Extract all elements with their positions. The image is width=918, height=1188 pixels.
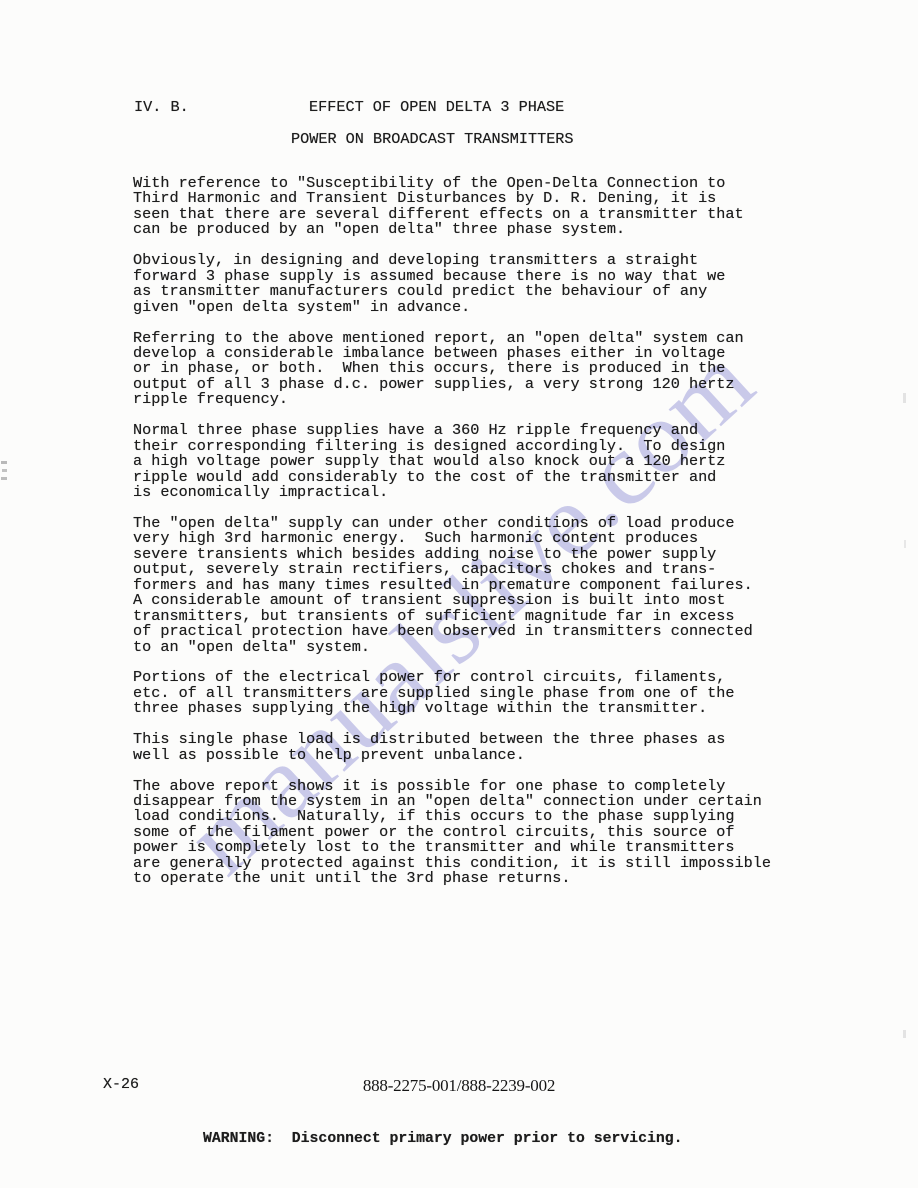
paragraph: The above report shows it is possible fo…: [133, 779, 833, 887]
scan-artifact: [903, 1030, 906, 1038]
document-number: 888-2275-001/888-2239-002: [0, 1076, 918, 1096]
paragraph: Obviously, in designing and developing t…: [133, 253, 833, 315]
paragraph: Portions of the electrical power for con…: [133, 670, 833, 716]
scan-artifact: [903, 393, 906, 403]
scan-artifact: [904, 540, 906, 548]
page-subtitle: POWER ON BROADCAST TRANSMITTERS: [291, 132, 574, 147]
document-body: With reference to "Susceptibility of the…: [133, 176, 833, 902]
scan-artifact: [1, 477, 7, 480]
warning-text: WARNING: Disconnect primary power prior …: [203, 1132, 683, 1147]
paragraph: The "open delta" supply can under other …: [133, 516, 833, 655]
paragraph: Normal three phase supplies have a 360 H…: [133, 423, 833, 500]
section-label: IV. B.: [134, 100, 189, 115]
paragraph: This single phase load is distributed be…: [133, 732, 833, 763]
scanned-manual-page: IV. B. EFFECT OF OPEN DELTA 3 PHASE POWE…: [0, 0, 918, 1188]
paragraph: With reference to "Susceptibility of the…: [133, 176, 833, 238]
scan-artifact: [1, 461, 7, 464]
paragraph: Referring to the above mentioned report,…: [133, 331, 833, 408]
page-title: EFFECT OF OPEN DELTA 3 PHASE: [309, 100, 564, 115]
scan-artifact: [2, 469, 7, 472]
